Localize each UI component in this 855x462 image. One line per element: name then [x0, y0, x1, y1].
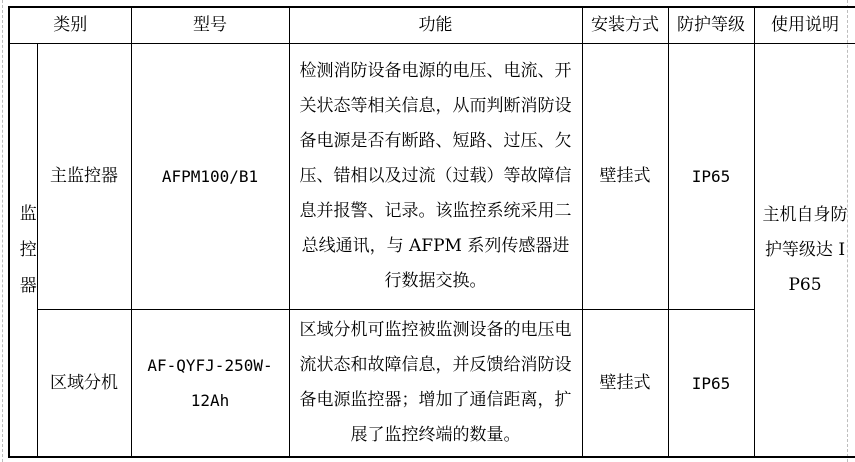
cell-function-zone-extension: 区域分机可监控被监测设备的电压电流状态和故障信息，并反馈给消防设备电源监控器；增…	[289, 310, 582, 458]
cell-category-main-monitor: 主监控器	[37, 44, 131, 310]
cell-install-zone-extension: 壁挂式	[582, 310, 668, 458]
header-usage: 使用说明	[754, 7, 855, 44]
header-protection: 防护等级	[668, 7, 754, 44]
cell-category-zone-extension: 区域分机	[37, 310, 131, 458]
table-row: 区域分机 AF-QYFJ-250W-12Ah 区域分机可监控被监测设备的电压电流…	[9, 310, 855, 458]
header-category: 类别	[9, 7, 131, 44]
group-cell-monitor: 监控器	[9, 44, 37, 458]
cell-protection-main-monitor: IP65	[668, 44, 754, 310]
spec-table: 类别 型号 功能 安装方式 防护等级 使用说明 监控器 主监控器 AFPM100…	[8, 6, 855, 458]
cell-protection-zone-extension: IP65	[668, 310, 754, 458]
cell-model-main-monitor: AFPM100/B1	[131, 44, 289, 310]
cell-usage-note: 主机自身防护等级达 IP65	[754, 44, 855, 458]
cell-function-main-monitor: 检测消防设备电源的电压、电流、开关状态等相关信息，从而判断消防设备电源是否有断路…	[289, 44, 582, 310]
header-function: 功能	[289, 7, 582, 44]
group-label-vertical: 监控器	[18, 196, 37, 304]
cell-install-main-monitor: 壁挂式	[582, 44, 668, 310]
header-model: 型号	[131, 7, 289, 44]
header-row: 类别 型号 功能 安装方式 防护等级 使用说明	[9, 7, 855, 44]
header-install: 安装方式	[582, 7, 668, 44]
page-text-boundary-left	[2, 0, 3, 462]
cell-model-zone-extension: AF-QYFJ-250W-12Ah	[131, 310, 289, 458]
table-row: 监控器 主监控器 AFPM100/B1 检测消防设备电源的电压、电流、开关状态等…	[9, 44, 855, 310]
